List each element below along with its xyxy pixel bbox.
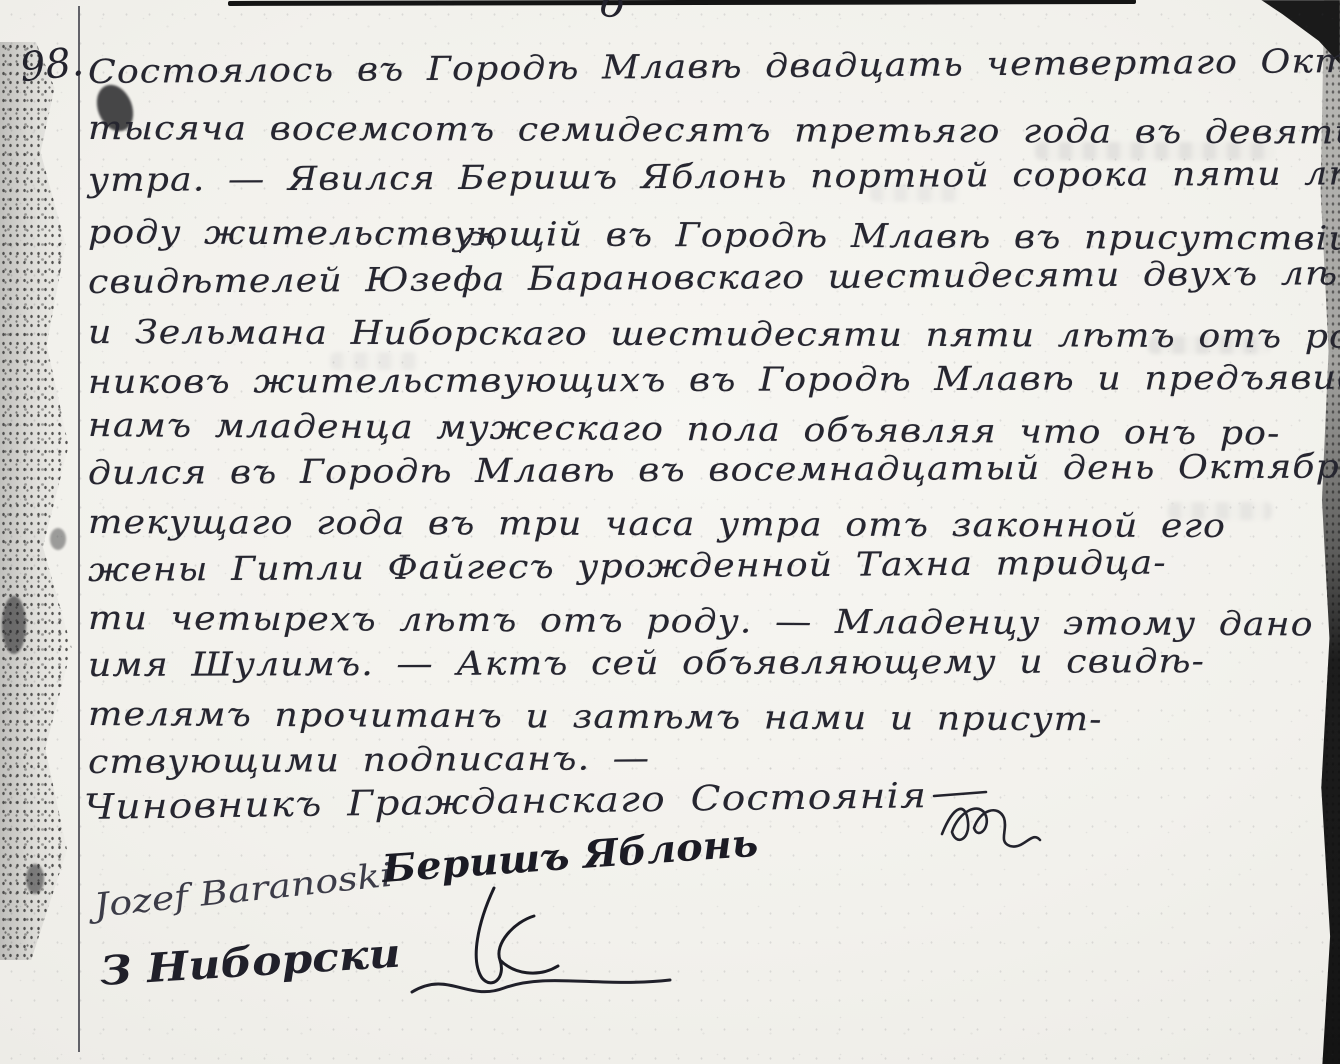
record-text-line: Состоялось въ Городѣ Млавѣ двадцать четв… xyxy=(88,40,1340,91)
record-text-line: утра. — Явился Беришъ Яблонь портной сор… xyxy=(88,152,1340,199)
registrar-title-line: Чиновникъ Гражданскаго Состоянія xyxy=(84,776,928,828)
record-text-line: свидѣтелей Юзефа Барановскаго шестидесят… xyxy=(88,253,1340,301)
top-scan-edge-line xyxy=(228,0,1136,6)
witness-signature-z-niborski: З Ниборски xyxy=(99,930,402,995)
record-text-line: имя Шулимъ. — Актъ сей объявляющему и св… xyxy=(88,641,1205,684)
margin-rule-line xyxy=(78,6,80,1052)
record-text-line: никовъ жительствующихъ въ Городѣ Млавѣ и… xyxy=(88,357,1340,401)
record-text-line: дился въ Городѣ Млавѣ въ восемнадцатый д… xyxy=(88,446,1340,492)
record-text-line: роду жительствующій въ Городѣ Млавѣ въ п… xyxy=(88,212,1340,258)
ink-blot xyxy=(50,528,66,550)
witness-signature-swash xyxy=(408,962,678,1010)
record-text-line: телямъ прочитанъ и затѣмъ нами и присут- xyxy=(88,694,1103,738)
witness-signature-jozef-baranoski: Jozef Baranoski xyxy=(92,855,394,925)
record-number: 98. xyxy=(18,39,86,91)
declarant-signature-flourish xyxy=(430,882,580,992)
ink-blot xyxy=(2,596,26,654)
record-text-line: ствующими подписанъ. — xyxy=(88,738,650,781)
record-text-line: и Зельмана Ниборскаго шестидесяти пяти л… xyxy=(88,312,1340,356)
record-text-line: тысяча восемсотъ семидесятъ третьяго год… xyxy=(88,108,1340,152)
cut-off-letter-fragment: б xyxy=(597,0,628,29)
record-text-line: намъ младенца мужескаго пола объявляя чт… xyxy=(88,405,1281,452)
record-text-line: ти четырехъ лѣтъ отъ роду. — Младенцу эт… xyxy=(88,598,1314,643)
record-text-line: текущаго года въ три часа утра отъ закон… xyxy=(88,502,1226,545)
declarant-signature-berish-jablon: Беришъ Яблонь xyxy=(380,820,759,891)
registrar-signature-flourish xyxy=(928,782,1108,874)
scanned-birth-record-page: б 98. Состоялось въ Городѣ Млавѣ двадцат… xyxy=(0,0,1340,1064)
record-text-line: жены Гитли Файгесъ урожденной Тахна трид… xyxy=(88,542,1167,589)
ink-blot xyxy=(26,864,44,894)
left-scan-edge-speckle xyxy=(0,42,78,960)
